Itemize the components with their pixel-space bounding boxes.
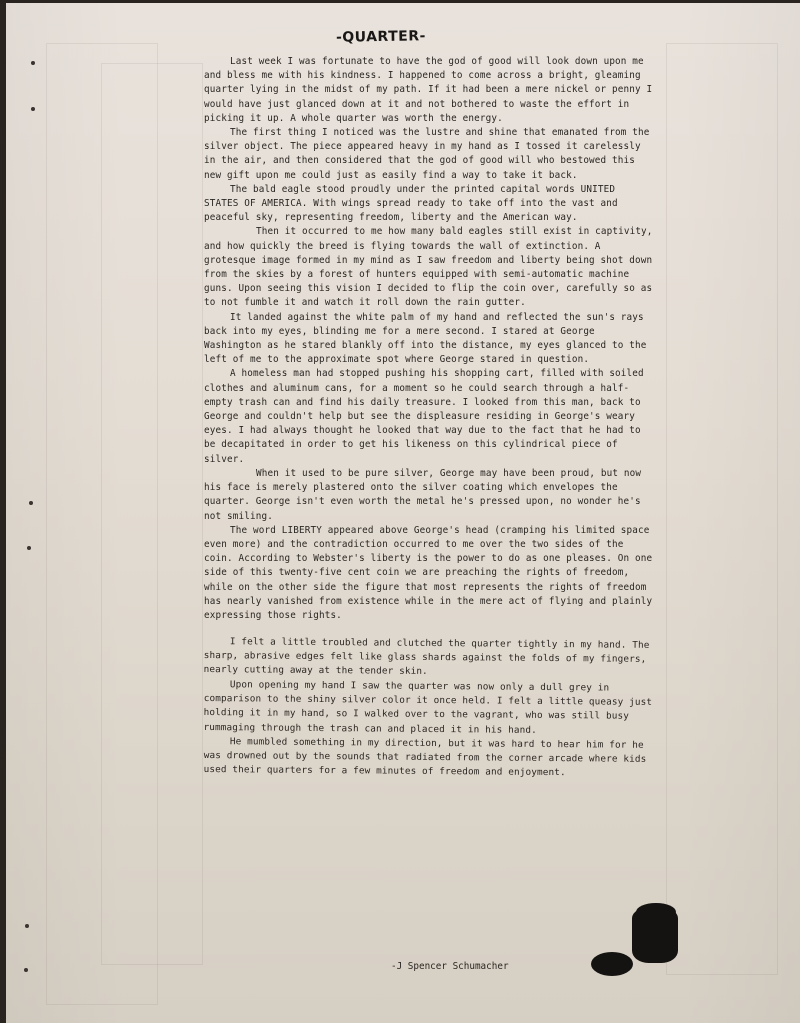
paragraph: The first thing I noticed was the lustre… xyxy=(204,126,654,183)
paragraph: A homeless man had stopped pushing his s… xyxy=(204,367,654,466)
essay-body: Last week I was fortunate to have the go… xyxy=(204,55,654,777)
punch-mark xyxy=(31,61,35,65)
punch-mark xyxy=(25,924,29,928)
paragraph: It landed against the white palm of my h… xyxy=(204,311,654,368)
paragraph: He mumbled something in my direction, bu… xyxy=(204,735,654,782)
bleed-through-frame xyxy=(101,63,203,965)
coin-stack-icon xyxy=(632,907,678,963)
author-signature: -J Spencer Schumacher xyxy=(391,961,509,972)
bleed-through-frame xyxy=(666,43,778,975)
punch-mark xyxy=(29,501,33,505)
paragraph: I felt a little troubled and clutched th… xyxy=(204,635,654,682)
coin-drawing-icon xyxy=(591,952,633,976)
punch-mark xyxy=(27,546,31,550)
punch-mark xyxy=(31,107,35,111)
paragraph: Then it occurred to me how many bald eag… xyxy=(204,225,654,310)
paragraph: When it used to be pure silver, George m… xyxy=(204,467,654,524)
paper-page: -QUARTER- Last week I was fortunate to h… xyxy=(6,3,800,1023)
paragraph: Upon opening my hand I saw the quarter w… xyxy=(204,678,654,739)
paragraph: The word LIBERTY appeared above George's… xyxy=(204,524,654,623)
paragraph: The bald eagle stood proudly under the p… xyxy=(204,183,654,226)
paragraph: Last week I was fortunate to have the go… xyxy=(204,55,654,126)
document-title: -QUARTER- xyxy=(336,28,426,46)
punch-mark xyxy=(24,968,28,972)
